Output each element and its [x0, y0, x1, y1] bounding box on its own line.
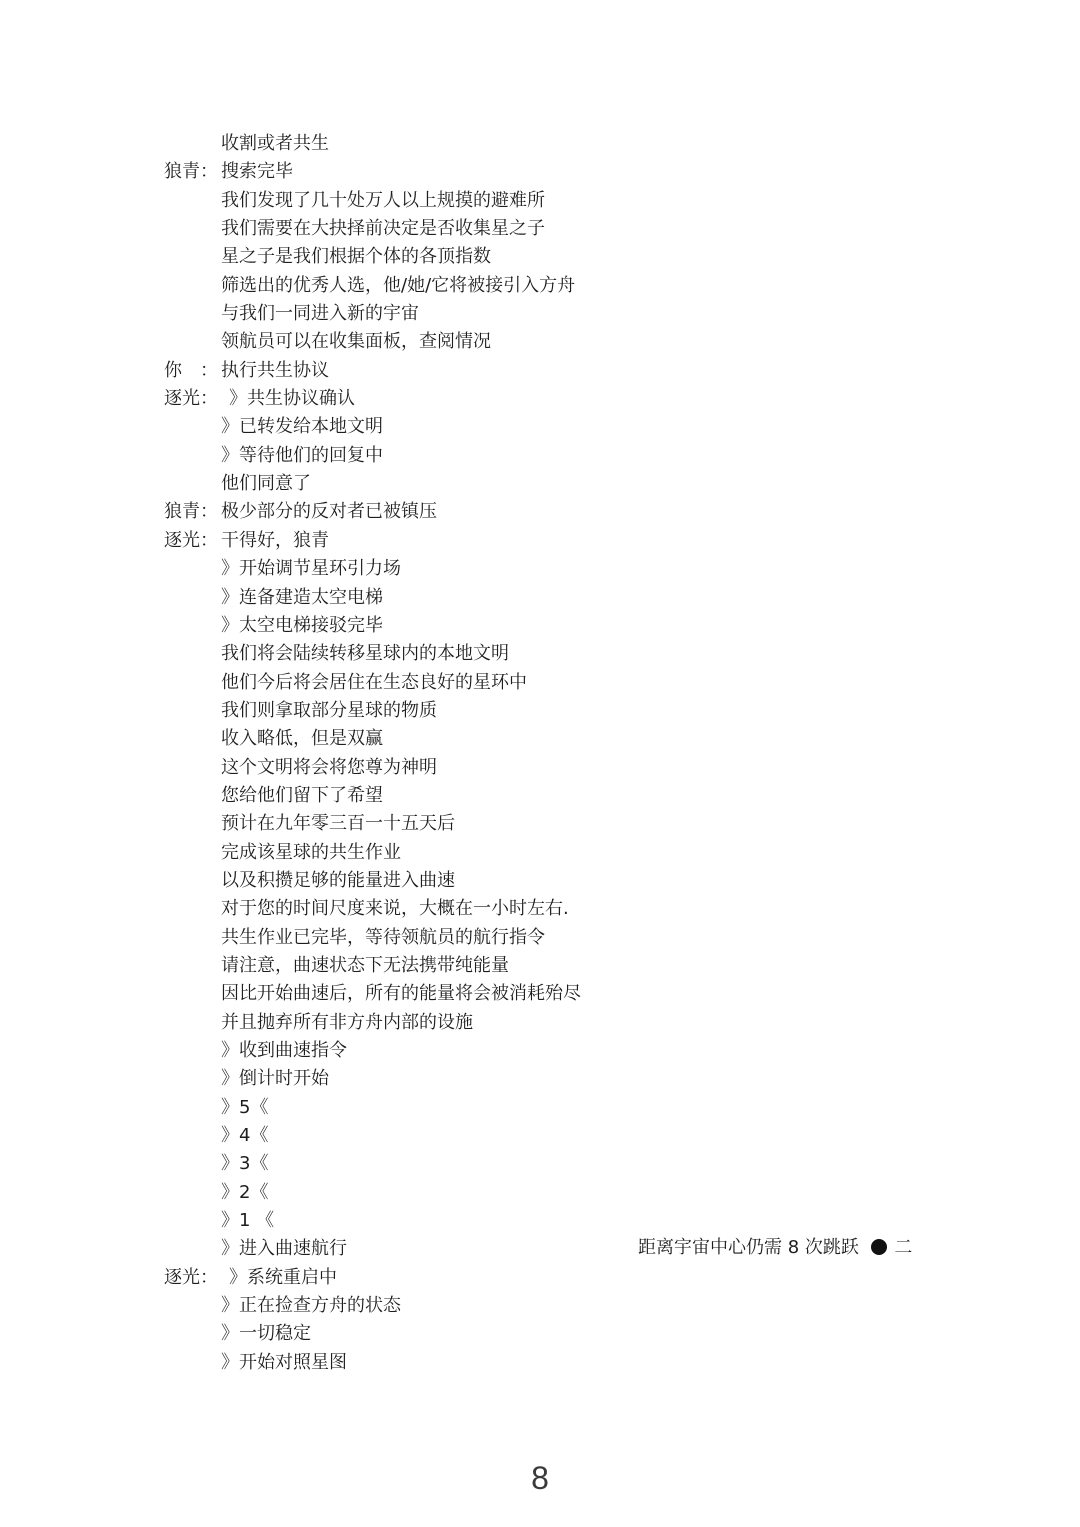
dialogue-script: 收割或者共生狼青：搜索完毕我们发现了几十处万人以上规摸的避难所我们需要在大抉择前… [164, 130, 964, 1377]
line-text: 筛选出的优秀人选，他/她/它将被接引入方舟 [221, 272, 575, 300]
line-text: 》开始对照星图 [221, 1349, 347, 1377]
line-text: 》正在捡查方舟的状态 [221, 1292, 401, 1320]
dialogue-line: 您给他们留下了希望 [164, 782, 964, 810]
dialogue-line: 因比开始曲速后，所有的能量将会被消耗殆尽 [164, 980, 964, 1008]
dialogue-line: 预计在九年零三百一十五天后 [164, 810, 964, 838]
dialogue-line: 逐光：干得好，狼青 [164, 527, 964, 555]
line-text: 》系统重启中 [229, 1264, 337, 1292]
dialogue-line: 》连备建造太空电梯 [164, 584, 964, 612]
dialogue-line: 你 ：执行共生协议 [164, 357, 964, 385]
dialogue-line: 我们发现了几十处万人以上规摸的避难所 [164, 187, 964, 215]
line-text: 》2《 [221, 1179, 268, 1207]
dialogue-line: 》收到曲速指令 [164, 1037, 964, 1065]
line-text: 》倒计时开始 [221, 1065, 329, 1093]
speaker-label: 逐光： [164, 385, 221, 413]
line-text: 》开始调节星环引力场 [221, 555, 401, 583]
line-text: 》3《 [221, 1150, 268, 1178]
speaker-label: 逐光： [164, 527, 221, 555]
dialogue-line: 收割或者共生 [164, 130, 964, 158]
dialogue-line: 他们同意了 [164, 470, 964, 498]
line-text: 他们同意了 [221, 470, 311, 498]
line-text: 完成该星球的共生作业 [221, 839, 401, 867]
line-text: 》5《 [221, 1094, 268, 1122]
line-text: 》收到曲速指令 [221, 1037, 347, 1065]
line-text: 收割或者共生 [221, 130, 329, 158]
dialogue-line: 共生作业已完毕，等待领航员的航行指令 [164, 924, 964, 952]
line-text: 您给他们留下了希望 [221, 782, 383, 810]
dialogue-line: 》4《 [164, 1122, 964, 1150]
dialogue-line: 》开始调节星环引力场 [164, 555, 964, 583]
line-text: 极少部分的反对者已被镇压 [221, 498, 437, 526]
dialogue-line: 请注意，曲速状态下无法携带纯能量 [164, 952, 964, 980]
line-text: 与我们一同进入新的宇宙 [221, 300, 419, 328]
line-text: 》等待他们的回复中 [221, 442, 383, 470]
dialogue-line: 他们今后将会居住在生态良好的星环中 [164, 669, 964, 697]
dialogue-line: 狼青：搜索完毕 [164, 158, 964, 186]
dialogue-line: 逐光：》系统重启中 [164, 1264, 964, 1292]
line-text: 预计在九年零三百一十五天后 [221, 810, 455, 838]
line-text: 》进入曲速航行 [221, 1235, 347, 1263]
line-text: 干得好，狼青 [221, 527, 329, 555]
jump-distance-suffix: 二 [894, 1237, 912, 1258]
jump-distance-text: 距离宇宙中心仍需 8 次跳跃 [638, 1237, 859, 1258]
line-text: 》已转发给本地文明 [221, 413, 383, 441]
dialogue-line: 并且抛弃所有非方舟内部的设施 [164, 1009, 964, 1037]
line-text: 收入略低，但是双赢 [221, 725, 383, 753]
speaker-label: 你 ： [164, 357, 221, 385]
line-text: 我们发现了几十处万人以上规摸的避难所 [221, 187, 545, 215]
dialogue-line: 》1 《 [164, 1207, 964, 1235]
line-text: 这个文明将会将您尊为神明 [221, 754, 437, 782]
line-text: 星之子是我们根据个体的各顶指数 [221, 243, 491, 271]
line-text: 》4《 [221, 1122, 268, 1150]
line-text: 我们则拿取部分星球的物质 [221, 697, 437, 725]
speaker-label: 逐光： [164, 1264, 221, 1292]
dialogue-line: 领航员可以在收集面板，查阅情况 [164, 328, 964, 356]
line-text: 他们今后将会居住在生态良好的星环中 [221, 669, 527, 697]
speaker-label: 狼青： [164, 158, 221, 186]
dialogue-line: 狼青：极少部分的反对者已被镇压 [164, 498, 964, 526]
line-text: 》共生协议确认 [229, 385, 355, 413]
dialogue-line: 对于您的时间尺度来说，大概在一小时左右. [164, 895, 964, 923]
line-text: 因比开始曲速后，所有的能量将会被消耗殆尽 [221, 980, 581, 1008]
line-text: 请注意，曲速状态下无法携带纯能量 [221, 952, 509, 980]
dialogue-line: 星之子是我们根据个体的各顶指数 [164, 243, 964, 271]
jump-distance-note: 距离宇宙中心仍需 8 次跳跃 二 [638, 1234, 912, 1262]
page-number: 8 [0, 1460, 1080, 1497]
dialogue-line: 》倒计时开始 [164, 1065, 964, 1093]
dialogue-line: 》一切稳定 [164, 1320, 964, 1348]
dialogue-line: 逐光：》共生协议确认 [164, 385, 964, 413]
dialogue-line: 与我们一同进入新的宇宙 [164, 300, 964, 328]
black-circle-icon [871, 1239, 887, 1255]
line-text: 我们将会陆续转移星球内的本地文明 [221, 640, 509, 668]
speaker-label: 狼青： [164, 498, 221, 526]
dialogue-line: 完成该星球的共生作业 [164, 839, 964, 867]
dialogue-line: 》已转发给本地文明 [164, 413, 964, 441]
line-text: 》一切稳定 [221, 1320, 311, 1348]
dialogue-line: 这个文明将会将您尊为神明 [164, 754, 964, 782]
line-text: 》1 《 [221, 1207, 274, 1235]
dialogue-line: 我们则拿取部分星球的物质 [164, 697, 964, 725]
line-text: 》太空电梯接驳完毕 [221, 612, 383, 640]
dialogue-line: 》5《 [164, 1094, 964, 1122]
line-text: 共生作业已完毕，等待领航员的航行指令 [221, 924, 545, 952]
line-text: 执行共生协议 [221, 357, 329, 385]
dialogue-line: 收入略低，但是双赢 [164, 725, 964, 753]
dialogue-line: 》2《 [164, 1179, 964, 1207]
dialogue-line: 我们将会陆续转移星球内的本地文明 [164, 640, 964, 668]
line-text: 对于您的时间尺度来说，大概在一小时左右. [221, 895, 569, 923]
line-text: 》连备建造太空电梯 [221, 584, 383, 612]
document-page: 收割或者共生狼青：搜索完毕我们发现了几十处万人以上规摸的避难所我们需要在大抉择前… [0, 0, 1080, 1527]
dialogue-line: 》等待他们的回复中 [164, 442, 964, 470]
dialogue-line: 》太空电梯接驳完毕 [164, 612, 964, 640]
dialogue-line: 筛选出的优秀人选，他/她/它将被接引入方舟 [164, 272, 964, 300]
line-text: 搜索完毕 [221, 158, 293, 186]
line-text: 我们需要在大抉择前决定是否收集星之子 [221, 215, 545, 243]
line-text: 并且抛弃所有非方舟内部的设施 [221, 1009, 473, 1037]
dialogue-line: 以及积攒足够的能量进入曲速 [164, 867, 964, 895]
dialogue-line: 》正在捡查方舟的状态 [164, 1292, 964, 1320]
dialogue-line: 》开始对照星图 [164, 1349, 964, 1377]
dialogue-line: 》3《 [164, 1150, 964, 1178]
line-text: 领航员可以在收集面板，查阅情况 [221, 328, 491, 356]
line-text: 以及积攒足够的能量进入曲速 [221, 867, 455, 895]
dialogue-line: 我们需要在大抉择前决定是否收集星之子 [164, 215, 964, 243]
